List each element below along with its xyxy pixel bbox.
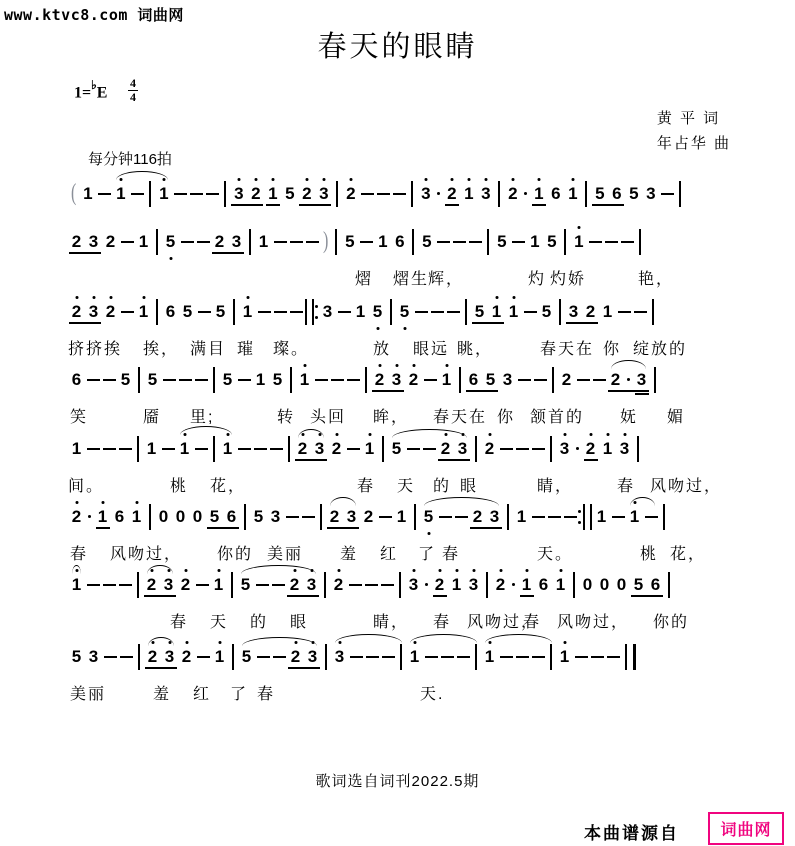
- barline: [550, 644, 552, 670]
- note: 0: [174, 507, 188, 527]
- barline: [382, 436, 384, 462]
- slur-group: 1: [626, 507, 659, 527]
- duration-dash: [447, 302, 460, 322]
- barline: [400, 644, 402, 670]
- note: 5: [146, 370, 160, 390]
- beam-group: 32: [230, 184, 264, 204]
- note: 3: [87, 647, 101, 667]
- notation-line-7: 1232152323213216100056春天的眼睛，春风吻过，春风吻过，你的: [68, 559, 768, 621]
- note: 5: [240, 647, 254, 667]
- duration-dash: [532, 647, 545, 667]
- note: 2: [362, 507, 376, 527]
- flat-sign: ♭: [91, 78, 97, 92]
- lyric-segment: 春: [170, 609, 188, 632]
- note: 2: [584, 439, 598, 459]
- slur-group: 11: [176, 436, 236, 462]
- note: 2: [289, 647, 303, 667]
- barline: [573, 572, 575, 598]
- lyricist-credit: 黄 平 词: [657, 106, 731, 131]
- duration-dash: [273, 647, 286, 667]
- lyric-segment: 春: [257, 681, 275, 704]
- note: 6: [393, 232, 407, 252]
- note: 2: [483, 439, 497, 459]
- duration-dash: [238, 439, 251, 459]
- note: 3: [317, 184, 331, 204]
- note: 5: [593, 184, 607, 204]
- barline: [507, 504, 509, 530]
- dotted-note-dot: [86, 507, 93, 527]
- duration-dash: [272, 575, 285, 595]
- note: 2: [70, 507, 84, 527]
- duration-dash: [512, 232, 525, 252]
- duration-dash: [612, 507, 625, 527]
- duration-dash: [350, 647, 363, 667]
- note: 1: [221, 439, 235, 459]
- note: 1: [558, 647, 572, 667]
- note: 1: [178, 439, 192, 459]
- note: 6: [610, 184, 624, 204]
- note: 2: [506, 184, 520, 204]
- source-site-badge: 词曲网: [708, 812, 784, 845]
- note: 2: [328, 507, 342, 527]
- duration-dash: [270, 439, 283, 459]
- source-label: 本曲谱源自: [584, 819, 679, 844]
- note: 6: [537, 575, 551, 595]
- duration-dash: [605, 232, 618, 252]
- barline: [654, 367, 656, 393]
- time-signature: 4 4: [128, 77, 138, 103]
- slur-group: 1: [481, 644, 556, 670]
- note: 6: [70, 370, 84, 390]
- note: 2: [344, 184, 358, 204]
- slur-group: 23: [607, 370, 650, 390]
- beam-group: 23: [298, 184, 332, 204]
- lyric-segment: 眼: [290, 609, 308, 632]
- duration-dash: [274, 232, 287, 252]
- note: 2: [213, 232, 227, 252]
- slur-group: 23: [144, 647, 178, 667]
- barline: [475, 644, 477, 670]
- note: 3: [87, 232, 101, 252]
- duration-dash: [87, 575, 100, 595]
- note: 2: [494, 575, 508, 595]
- note: 5: [473, 302, 487, 322]
- duration-dash: [661, 184, 674, 204]
- note: 0: [615, 575, 629, 595]
- barline: [336, 181, 338, 207]
- duration-dash: [179, 370, 192, 390]
- notation-line-3: 2321655131555115321挤挤挨挨，满目璀璨。放眼远眺，春天在你绽放…: [68, 286, 768, 348]
- composer-credit: 年占华 曲: [657, 131, 731, 156]
- barline: [475, 436, 477, 462]
- duration-dash: [198, 302, 211, 322]
- duration-dash: [315, 370, 328, 390]
- notation-line-5: 1111232152323213间。桃花，春天的眼睛，春风吻过，: [68, 423, 768, 485]
- note: 1: [157, 184, 171, 204]
- duration-dash: [103, 439, 116, 459]
- duration-dash: [518, 370, 531, 390]
- duration-dash: [634, 302, 647, 322]
- duration-dash: [119, 575, 132, 595]
- note: 5: [398, 302, 412, 322]
- barline: [244, 504, 246, 530]
- note: 3: [456, 439, 470, 459]
- duration-dash: [181, 232, 194, 252]
- note: 1: [572, 232, 586, 252]
- final-barline: [625, 644, 636, 670]
- lyric-segment: 的: [250, 609, 268, 632]
- note: 3: [635, 370, 649, 390]
- duration-dash: [500, 647, 513, 667]
- duration-dash: [437, 232, 450, 252]
- note: 2: [332, 575, 346, 595]
- notation-line-6: 216100056532321523111春风吻过，你的美丽羞红了春天。桃花，: [68, 491, 768, 553]
- note: 1: [130, 507, 144, 527]
- beam-group: 23: [68, 232, 102, 252]
- duration-dash: [423, 439, 436, 459]
- meter-denominator: 4: [128, 91, 138, 104]
- note: 2: [407, 370, 421, 390]
- note: 1: [490, 302, 504, 322]
- note: 6: [225, 507, 239, 527]
- note: 5: [545, 232, 559, 252]
- barline: [213, 436, 215, 462]
- duration-dash: [338, 302, 351, 322]
- duration-dash: [331, 370, 344, 390]
- barline: [639, 229, 641, 255]
- note: 5: [239, 575, 253, 595]
- note: 1: [395, 507, 409, 527]
- duration-dash: [381, 575, 394, 595]
- duration-dash: [431, 302, 444, 322]
- note: 6: [549, 184, 563, 204]
- note: 1: [528, 232, 542, 252]
- duration-dash: [532, 439, 545, 459]
- duration-dash: [87, 439, 100, 459]
- duration-dash: [441, 647, 454, 667]
- note: 1: [96, 507, 110, 527]
- barline: [156, 299, 158, 325]
- barline: [414, 504, 416, 530]
- duration-dash: [379, 507, 392, 527]
- duration-dash: [286, 507, 299, 527]
- note: 0: [191, 507, 205, 527]
- note: 3: [390, 370, 404, 390]
- dotted-note-dot: [522, 184, 529, 204]
- slur-group: 1: [406, 644, 481, 670]
- duration-dash: [393, 184, 406, 204]
- notes-row: 1111232152323213: [68, 423, 768, 466]
- barline: [233, 299, 235, 325]
- duration-dash: [589, 232, 602, 252]
- note: 5: [70, 647, 84, 667]
- duration-dash: [290, 232, 303, 252]
- duration-dash: [98, 184, 111, 204]
- note: 3: [345, 507, 359, 527]
- duration-dash: [174, 184, 187, 204]
- note: 1: [462, 184, 476, 204]
- note: 5: [371, 302, 385, 322]
- note: 3: [306, 647, 320, 667]
- note: 2: [179, 575, 193, 595]
- barline: [149, 504, 151, 530]
- beam-group: 32: [565, 302, 599, 322]
- lyric-segment: 红: [193, 681, 211, 704]
- note: 1: [213, 647, 227, 667]
- notes-row: 1232152323213216100056: [68, 559, 768, 602]
- note: 5: [343, 232, 357, 252]
- notes-row: 5323215233111: [68, 631, 768, 674]
- duration-dash: [195, 370, 208, 390]
- barline: [149, 181, 151, 207]
- note: 0: [598, 575, 612, 595]
- beam-group: 23: [286, 575, 320, 595]
- duration-dash: [591, 647, 604, 667]
- duration-dash: [197, 232, 210, 252]
- duration-dash: [532, 507, 545, 527]
- duration-dash: [349, 575, 362, 595]
- duration-dash: [365, 575, 378, 595]
- note: 3: [467, 575, 481, 595]
- duration-dash: [424, 370, 437, 390]
- notation-line-4: 65551512321653223笑靥里;转头回眸，春天在你颔首的妩媚: [68, 354, 768, 416]
- barline: [138, 644, 140, 670]
- note: 3: [162, 575, 176, 595]
- note: 2: [288, 575, 302, 595]
- note: 2: [180, 647, 194, 667]
- dotted-note-dot: [574, 439, 581, 459]
- beam-group: 56: [630, 575, 664, 595]
- duration-dash: [121, 302, 134, 322]
- duration-dash: [347, 370, 360, 390]
- lyric-segment: 天: [210, 609, 228, 632]
- note: 6: [113, 507, 127, 527]
- note: 2: [249, 184, 263, 204]
- note: 5: [422, 507, 436, 527]
- duration-dash: [377, 184, 390, 204]
- note: 1: [515, 507, 529, 527]
- note: 5: [495, 232, 509, 252]
- duration-dash: [195, 439, 208, 459]
- duration-dash: [564, 507, 577, 527]
- barline: [585, 181, 587, 207]
- note: 1: [70, 439, 84, 459]
- note: 2: [584, 302, 598, 322]
- note: 6: [649, 575, 663, 595]
- note: 3: [558, 439, 572, 459]
- lyric-segment: 春: [433, 609, 451, 632]
- duration-dash: [163, 370, 176, 390]
- note: 3: [230, 232, 244, 252]
- notes-row: (1113215232321321615653: [68, 168, 768, 211]
- duration-dash: [621, 232, 634, 252]
- barline: [652, 299, 654, 325]
- duration-dash: [347, 439, 360, 459]
- slur-group: 523: [420, 507, 503, 527]
- barline: [399, 572, 401, 598]
- barline: [231, 572, 233, 598]
- note: 3: [501, 370, 515, 390]
- note: 2: [104, 302, 118, 322]
- note: 2: [146, 647, 160, 667]
- note: 3: [87, 302, 101, 322]
- note: 3: [305, 575, 319, 595]
- duration-dash: [290, 302, 303, 322]
- beam-group: 56: [591, 184, 625, 204]
- repeat-start: [304, 299, 319, 325]
- barline: [232, 644, 234, 670]
- duration-dash: [618, 302, 631, 322]
- barline: [324, 572, 326, 598]
- barline: [668, 572, 670, 598]
- note: 3: [407, 575, 421, 595]
- barline: [138, 367, 140, 393]
- note: 3: [232, 184, 246, 204]
- key-signature: 1=♭E: [74, 80, 107, 102]
- note: 3: [644, 184, 658, 204]
- barline: [249, 229, 251, 255]
- page-title: 春天的眼睛: [0, 24, 795, 65]
- note: 1: [137, 302, 151, 322]
- credits: 黄 平 词 年占华 曲: [657, 106, 731, 156]
- barline: [486, 572, 488, 598]
- duration-dash: [453, 232, 466, 252]
- note: 1: [241, 302, 255, 322]
- duration-dash: [548, 507, 561, 527]
- duration-dash: [361, 184, 374, 204]
- note: 1: [257, 232, 271, 252]
- duration-dash: [119, 439, 132, 459]
- note: 2: [373, 370, 387, 390]
- footnote: 歌词选自词刊2022.5期: [0, 770, 795, 791]
- duration-dash: [575, 647, 588, 667]
- note: 1: [145, 439, 159, 459]
- note: 2: [70, 232, 84, 252]
- slur-group: 23: [143, 575, 177, 595]
- dotted-note-dot: [625, 370, 632, 390]
- barline: [288, 436, 290, 462]
- note: 5: [181, 302, 195, 322]
- duration-dash: [407, 439, 420, 459]
- note: 1: [554, 575, 568, 595]
- barline: [498, 181, 500, 207]
- note: 2: [330, 439, 344, 459]
- barline: [637, 436, 639, 462]
- barline: [335, 229, 337, 255]
- note: 1: [408, 647, 422, 667]
- beam-group: 23: [437, 439, 471, 459]
- key-letter: E: [97, 84, 108, 101]
- duration-dash: [274, 302, 287, 322]
- barline: [224, 181, 226, 207]
- note: 2: [439, 439, 453, 459]
- note: 1: [137, 232, 151, 252]
- duration-dash: [196, 575, 209, 595]
- duration-dash: [455, 507, 468, 527]
- duration-dash: [306, 232, 319, 252]
- note: 1: [266, 184, 280, 204]
- note: 6: [164, 302, 178, 322]
- note: 1: [595, 507, 609, 527]
- duration-dash: [524, 302, 537, 322]
- note: 5: [214, 302, 228, 322]
- beam-group: 23: [469, 507, 503, 527]
- duration-dash: [382, 647, 395, 667]
- note: 0: [157, 507, 171, 527]
- lyric-segment: 天.: [420, 681, 444, 704]
- sheet-page: www.ktvc8.com 词曲网 春天的眼睛 1=♭E 4 4 黄 平 词 年…: [0, 0, 795, 846]
- slur-group: 23: [326, 507, 360, 527]
- note: 1: [354, 302, 368, 322]
- note: 5: [164, 232, 178, 252]
- barline: [213, 367, 215, 393]
- lyric-segment: 美丽: [70, 681, 106, 704]
- note: 1: [81, 184, 95, 204]
- open-paren: (: [71, 181, 76, 208]
- barline: [679, 181, 681, 207]
- slur-group: 1: [68, 575, 85, 595]
- note: 1: [450, 575, 464, 595]
- note: 1: [601, 439, 615, 459]
- note: 2: [471, 507, 485, 527]
- barline: [459, 367, 461, 393]
- notation-line-2: 23215231)51655151熠熠生辉，灼灼娇艳，: [68, 216, 768, 278]
- lyric-segment: 了: [230, 681, 248, 704]
- slur-group: 523: [388, 439, 471, 459]
- barline: [365, 367, 367, 393]
- beam-group: 56: [206, 507, 240, 527]
- note: 1: [507, 302, 521, 322]
- note: 2: [609, 370, 623, 390]
- duration-dash: [302, 507, 315, 527]
- note: 1: [566, 184, 580, 204]
- barline: [320, 504, 322, 530]
- duration-dash: [593, 370, 606, 390]
- note: 1: [114, 184, 128, 204]
- note: 3: [567, 302, 581, 322]
- site-watermark: www.ktvc8.com 词曲网: [4, 4, 184, 25]
- note: 2: [445, 184, 459, 204]
- notes-row: 23215231)51655151: [68, 216, 768, 259]
- duration-dash: [645, 507, 658, 527]
- note: 5: [271, 370, 285, 390]
- note: 2: [560, 370, 574, 390]
- duration-dash: [469, 232, 482, 252]
- duration-dash: [457, 647, 470, 667]
- duration-dash: [577, 370, 590, 390]
- barline: [411, 181, 413, 207]
- beam-group: 23: [371, 370, 405, 390]
- note: 5: [484, 370, 498, 390]
- note: 1: [628, 507, 642, 527]
- note: 5: [252, 507, 266, 527]
- note: 1: [70, 575, 84, 595]
- duration-dash: [103, 370, 116, 390]
- note: 3: [269, 507, 283, 527]
- note: 3: [618, 439, 632, 459]
- duration-dash: [516, 647, 529, 667]
- notation-line-8: 5323215233111美丽羞红了春天.: [68, 631, 768, 693]
- duration-dash: [104, 647, 117, 667]
- tempo-marking: 每分钟116拍: [88, 148, 172, 169]
- notes-row: 2321655131555115321: [68, 286, 768, 329]
- duration-dash: [120, 647, 133, 667]
- duration-dash: [206, 184, 219, 204]
- dotted-note-dot: [423, 575, 430, 595]
- note: 1: [212, 575, 226, 595]
- duration-dash: [162, 439, 175, 459]
- lyric-segment: 你的: [653, 609, 689, 632]
